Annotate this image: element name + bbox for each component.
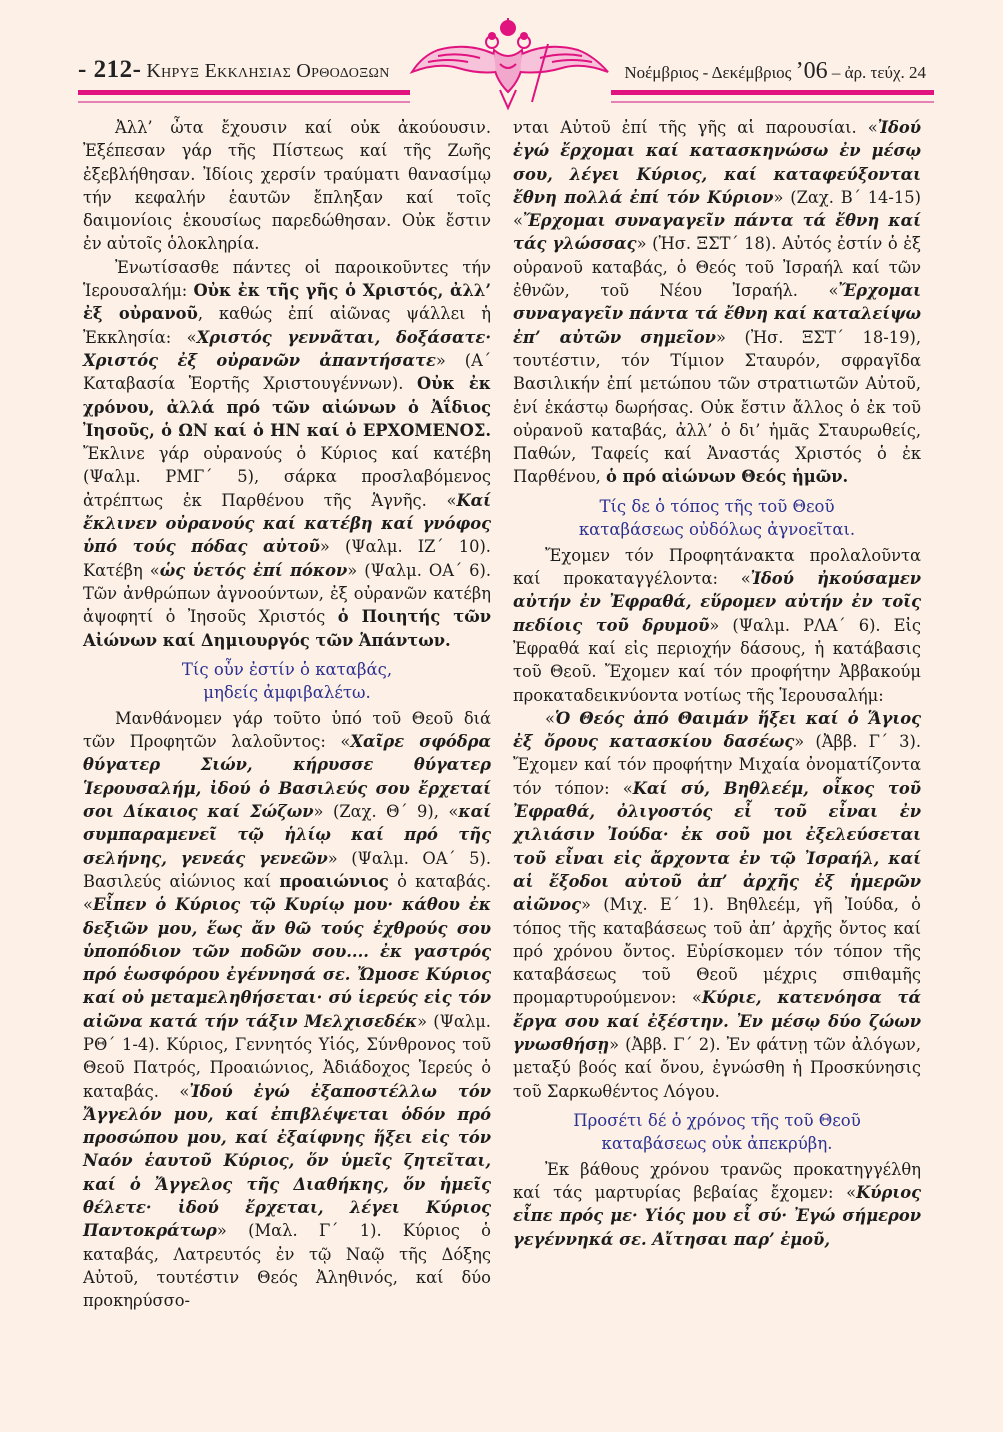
paragraph: Ἀλλ’ ὦτα ἔχουσιν καί οὐκ ἀκούουσιν. Ἐξέπ… bbox=[83, 116, 491, 256]
quote: ὡς ὑετός ἐπί πόκον bbox=[160, 561, 348, 580]
double-headed-eagle-icon bbox=[408, 14, 612, 114]
paragraph: νται Αὐτοῦ ἐπί τῆς γῆς αἱ παρουσίαι. «Ἰδ… bbox=[513, 116, 921, 489]
section-heading: Προσέτι δέ ὁ χρόνος τῆς τοῦ Θεοῦ καταβάσ… bbox=[513, 1109, 921, 1155]
left-column: Ἀλλ’ ὦτα ἔχουσιν καί οὐκ ἀκούουσιν. Ἐξέπ… bbox=[83, 116, 491, 1313]
header-rule-left-thin bbox=[78, 101, 410, 103]
page-number: - 212- bbox=[78, 56, 141, 83]
right-column: νται Αὐτοῦ ἐπί τῆς γῆς αἱ παρουσίαι. «Ἰδ… bbox=[513, 116, 921, 1251]
section-heading: Τίς οὖν ἐστίν ὁ καταβάς, μηδείς ἀμφιβαλέ… bbox=[83, 658, 491, 704]
quote: Ἰδού ἐγώ ἐξαποστέλλω τόν Ἄγγελόν μου, κα… bbox=[83, 1082, 491, 1241]
header-rule-right-thick bbox=[611, 90, 934, 95]
paragraph: Ἐνωτίσασθε πάντες οἱ παροικοῦντες τήν Ἱε… bbox=[83, 256, 491, 652]
quote: Εἶπεν ὁ Κύριος τῷ Κυρίῳ μου· κάθου ἐκ δε… bbox=[83, 895, 491, 1030]
issue-year: ’06 bbox=[796, 58, 828, 84]
paragraph: Ἔχομεν τόν Προφητάνακτα προλαλοῦντα καί … bbox=[513, 544, 921, 707]
issue-info: Νοέμβριος - Δεκέμβριος ’06 – ἀρ. τεύχ. 2… bbox=[624, 58, 926, 85]
section-heading: Τίς δε ὁ τόπος τῆς τοῦ Θεοῦ καταβάσεως ο… bbox=[513, 495, 921, 541]
paragraph: Μανθάνομεν γάρ τοῦτο ὑπό τοῦ Θεοῦ διά τῶ… bbox=[83, 707, 491, 1313]
magazine-title: Κηρυξ Εκκλησιας Ορθοδοξων bbox=[146, 60, 389, 82]
issue-number: – ἀρ. τεύχ. 24 bbox=[832, 63, 926, 82]
header-left: - 212- Κηρυξ Εκκλησιας Ορθοδοξων bbox=[78, 56, 390, 84]
paragraph: «Ὁ Θεός ἀπό Θαιμάν ἥξει καί ὁ Ἅγιος ἐξ ὄ… bbox=[513, 707, 921, 1103]
header-rule-left-thick bbox=[78, 90, 410, 95]
header-rule-right-thin bbox=[611, 101, 934, 103]
issue-months: Νοέμβριος - Δεκέμβριος bbox=[624, 63, 791, 82]
page-header: - 212- Κηρυξ Εκκλησιας Ορθοδοξων bbox=[78, 14, 934, 114]
quote: Καί σύ, Βηθλεέμ, οἶκος τοῦ Ἐφραθά, ὀλιγο… bbox=[513, 779, 921, 914]
paragraph: Ἐκ βάθους χρόνου τρανῶς προκατηγγέλθη κα… bbox=[513, 1158, 921, 1251]
